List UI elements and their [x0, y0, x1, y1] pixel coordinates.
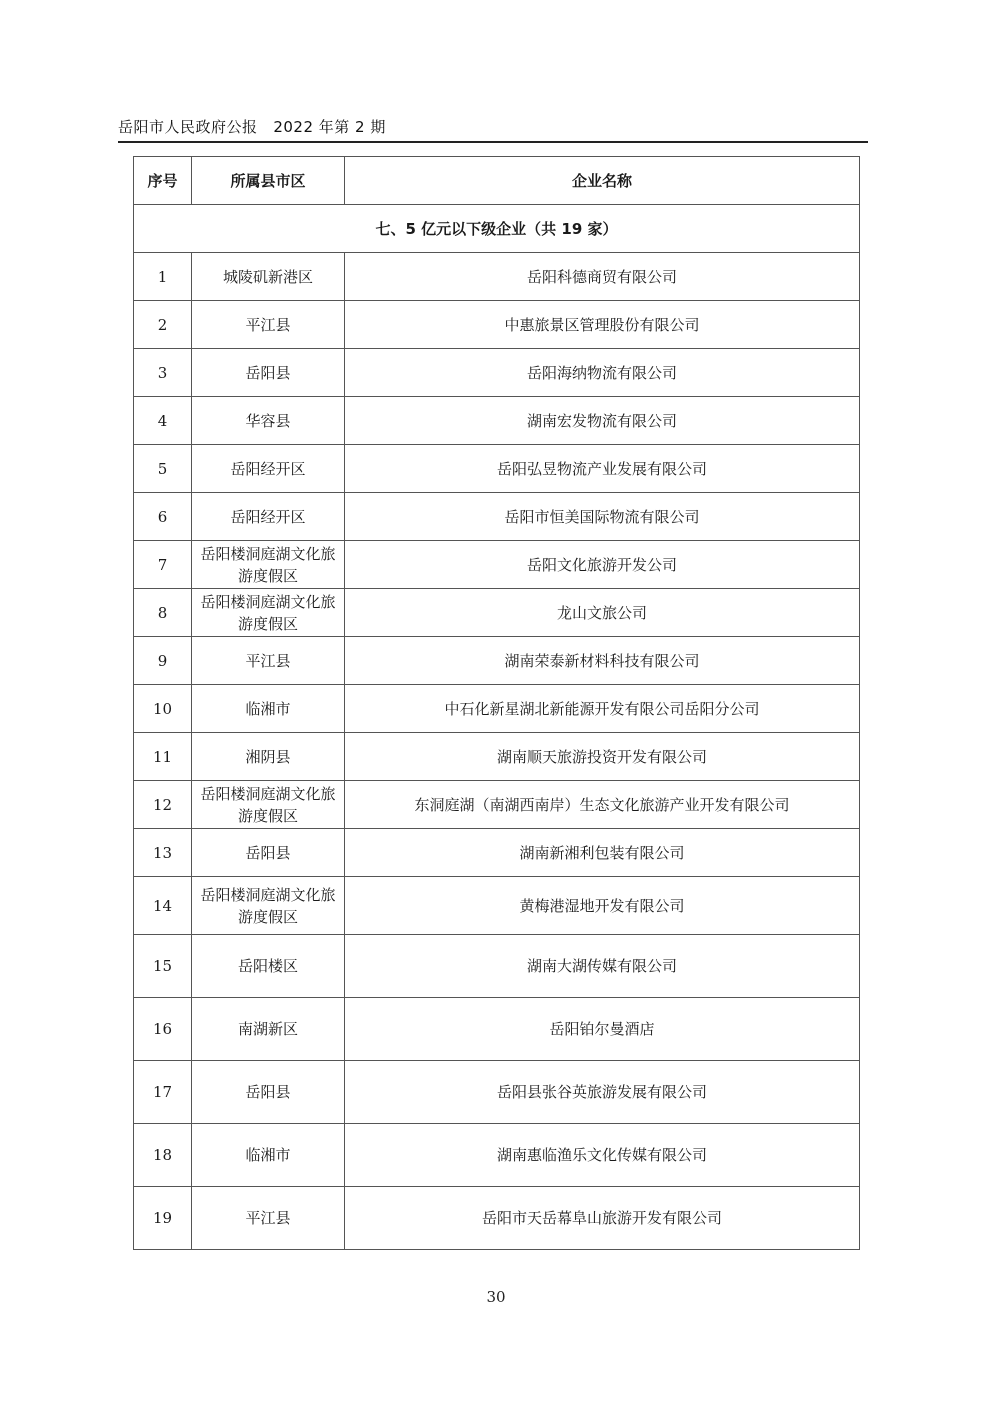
table-row: 6 岳阳经开区 岳阳市恒美国际物流有限公司: [134, 493, 860, 541]
table-row: 13 岳阳县 湖南新湘利包装有限公司: [134, 829, 860, 877]
row-district: 岳阳经开区: [192, 493, 345, 541]
running-header: 岳阳市人民政府公报 2022 年第 2 期: [118, 116, 386, 137]
row-number: 19: [134, 1187, 192, 1250]
row-district: 南湖新区: [192, 998, 345, 1061]
enterprise-table: 序号 所属县市区 企业名称 七、5 亿元以下级企业（共 19 家） 1 城陵矶新…: [133, 156, 860, 1250]
row-number: 17: [134, 1061, 192, 1124]
row-number: 1: [134, 253, 192, 301]
page-number: 30: [0, 1288, 992, 1306]
row-district: 岳阳楼洞庭湖文化旅游度假区: [192, 541, 345, 589]
row-district: 华容县: [192, 397, 345, 445]
row-district: 城陵矶新港区: [192, 253, 345, 301]
row-company: 黄梅港湿地开发有限公司: [345, 877, 860, 935]
row-number: 2: [134, 301, 192, 349]
row-district: 临湘市: [192, 685, 345, 733]
row-number: 4: [134, 397, 192, 445]
table-row: 3 岳阳县 岳阳海纳物流有限公司: [134, 349, 860, 397]
row-district: 岳阳楼洞庭湖文化旅游度假区: [192, 877, 345, 935]
row-company: 岳阳海纳物流有限公司: [345, 349, 860, 397]
row-number: 6: [134, 493, 192, 541]
row-number: 14: [134, 877, 192, 935]
header-divider: [118, 141, 868, 143]
row-district: 湘阴县: [192, 733, 345, 781]
table-row: 11 湘阴县 湖南顺天旅游投资开发有限公司: [134, 733, 860, 781]
row-district: 平江县: [192, 301, 345, 349]
row-company: 湖南顺天旅游投资开发有限公司: [345, 733, 860, 781]
bulletin-title: 岳阳市人民政府公报: [118, 118, 258, 136]
row-number: 8: [134, 589, 192, 637]
row-company: 岳阳市恒美国际物流有限公司: [345, 493, 860, 541]
row-company: 湖南大湖传媒有限公司: [345, 935, 860, 998]
table-row: 7 岳阳楼洞庭湖文化旅游度假区 岳阳文化旅游开发公司: [134, 541, 860, 589]
table-row: 15 岳阳楼区 湖南大湖传媒有限公司: [134, 935, 860, 998]
row-number: 3: [134, 349, 192, 397]
row-number: 11: [134, 733, 192, 781]
table-row: 18 临湘市 湖南惠临渔乐文化传媒有限公司: [134, 1124, 860, 1187]
row-company: 岳阳弘昱物流产业发展有限公司: [345, 445, 860, 493]
row-number: 13: [134, 829, 192, 877]
row-district: 平江县: [192, 1187, 345, 1250]
column-header-number: 序号: [134, 157, 192, 205]
row-district: 平江县: [192, 637, 345, 685]
row-company: 湖南宏发物流有限公司: [345, 397, 860, 445]
row-number: 9: [134, 637, 192, 685]
section-heading-row: 七、5 亿元以下级企业（共 19 家）: [134, 205, 860, 253]
row-district: 岳阳县: [192, 829, 345, 877]
row-company: 中惠旅景区管理股份有限公司: [345, 301, 860, 349]
row-company: 岳阳市天岳幕阜山旅游开发有限公司: [345, 1187, 860, 1250]
table-row: 10 临湘市 中石化新星湖北新能源开发有限公司岳阳分公司: [134, 685, 860, 733]
row-company: 湖南惠临渔乐文化传媒有限公司: [345, 1124, 860, 1187]
row-number: 15: [134, 935, 192, 998]
row-company: 岳阳文化旅游开发公司: [345, 541, 860, 589]
row-number: 5: [134, 445, 192, 493]
table-row: 4 华容县 湖南宏发物流有限公司: [134, 397, 860, 445]
row-number: 18: [134, 1124, 192, 1187]
table-row: 17 岳阳县 岳阳县张谷英旅游发展有限公司: [134, 1061, 860, 1124]
table-row: 16 南湖新区 岳阳铂尔曼酒店: [134, 998, 860, 1061]
table-row: 14 岳阳楼洞庭湖文化旅游度假区 黄梅港湿地开发有限公司: [134, 877, 860, 935]
table-row: 2 平江县 中惠旅景区管理股份有限公司: [134, 301, 860, 349]
issue-label: 2022 年第 2 期: [273, 118, 386, 136]
table-row: 12 岳阳楼洞庭湖文化旅游度假区 东洞庭湖（南湖西南岸）生态文化旅游产业开发有限…: [134, 781, 860, 829]
row-district: 岳阳经开区: [192, 445, 345, 493]
row-district: 岳阳楼区: [192, 935, 345, 998]
table-row: 8 岳阳楼洞庭湖文化旅游度假区 龙山文旅公司: [134, 589, 860, 637]
table-row: 1 城陵矶新港区 岳阳科德商贸有限公司: [134, 253, 860, 301]
row-district: 岳阳楼洞庭湖文化旅游度假区: [192, 589, 345, 637]
row-company: 岳阳县张谷英旅游发展有限公司: [345, 1061, 860, 1124]
row-company: 湖南新湘利包装有限公司: [345, 829, 860, 877]
column-header-company: 企业名称: [345, 157, 860, 205]
row-company: 岳阳铂尔曼酒店: [345, 998, 860, 1061]
row-company: 东洞庭湖（南湖西南岸）生态文化旅游产业开发有限公司: [345, 781, 860, 829]
row-district: 岳阳县: [192, 1061, 345, 1124]
column-header-district: 所属县市区: [192, 157, 345, 205]
table-row: 5 岳阳经开区 岳阳弘昱物流产业发展有限公司: [134, 445, 860, 493]
row-district: 临湘市: [192, 1124, 345, 1187]
table-row: 19 平江县 岳阳市天岳幕阜山旅游开发有限公司: [134, 1187, 860, 1250]
row-number: 16: [134, 998, 192, 1061]
row-company: 中石化新星湖北新能源开发有限公司岳阳分公司: [345, 685, 860, 733]
row-number: 7: [134, 541, 192, 589]
row-company: 湖南荣泰新材料科技有限公司: [345, 637, 860, 685]
row-district: 岳阳县: [192, 349, 345, 397]
row-district: 岳阳楼洞庭湖文化旅游度假区: [192, 781, 345, 829]
table-row: 9 平江县 湖南荣泰新材料科技有限公司: [134, 637, 860, 685]
row-number: 12: [134, 781, 192, 829]
table-header-row: 序号 所属县市区 企业名称: [134, 157, 860, 205]
section-title: 七、5 亿元以下级企业（共 19 家）: [134, 205, 860, 253]
row-number: 10: [134, 685, 192, 733]
row-company: 岳阳科德商贸有限公司: [345, 253, 860, 301]
row-company: 龙山文旅公司: [345, 589, 860, 637]
